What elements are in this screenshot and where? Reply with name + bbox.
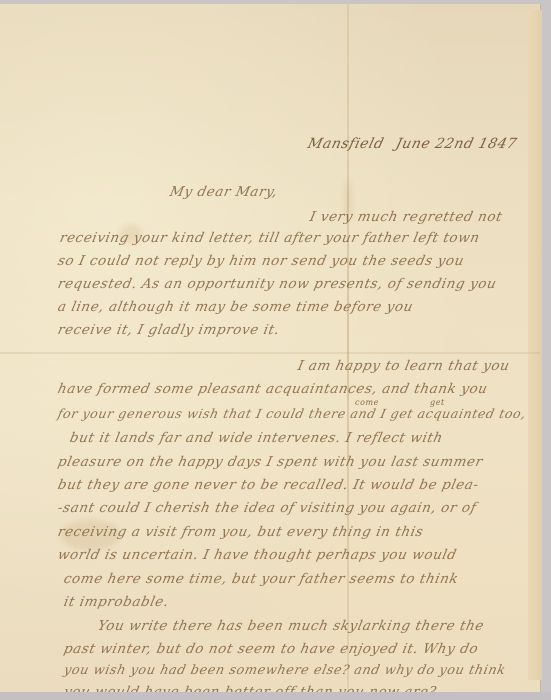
letter-line: I very much regretted not [308, 209, 504, 225]
letter-date: June 22nd 1847 [394, 136, 519, 152]
letter-text: Mansfield June 22nd 1847 My dear Mary, I… [0, 0, 551, 700]
letter-place: Mansfield [306, 136, 386, 152]
letter-line: You write there has been much skylarking… [96, 618, 485, 634]
scanner-bottom-edge [0, 692, 551, 700]
letter-line: -sant could I cherish the idea of visiti… [56, 500, 478, 516]
letter-line: it improbable. [62, 594, 170, 610]
letter-line: receiving your kind letter, till after y… [58, 230, 481, 246]
letter-line: come here some time, but your father see… [62, 571, 460, 587]
letter-line: have formed some pleasant acquaintances,… [56, 381, 489, 397]
letter-line: I am happy to learn that you [296, 358, 511, 374]
letter-line: pleasure on the happy days I spent with … [56, 454, 484, 470]
letter-line: for your generous wish that I could ther… [56, 406, 527, 421]
letter-line: but it lands far and wide intervenes. I … [68, 430, 444, 446]
letter-line: so I could not reply by him nor send you… [56, 253, 465, 269]
letter-line: receive it, I gladly improve it. [56, 322, 281, 338]
letter-line: but they are gone never to be recalled. … [56, 477, 480, 493]
letter-line: requested. As an opportunity now present… [56, 276, 498, 292]
letter-line: past winter, but do not seem to have enj… [62, 641, 480, 657]
letter-line: a line, although it may be some time bef… [56, 299, 414, 315]
salutation: My dear Mary, [168, 184, 279, 200]
letter-line: receiving a visit from you, but every th… [56, 524, 425, 540]
letter-line: world is uncertain. I have thought perha… [56, 547, 458, 563]
letter-line: you wish you had been somewhere else? an… [62, 663, 507, 678]
